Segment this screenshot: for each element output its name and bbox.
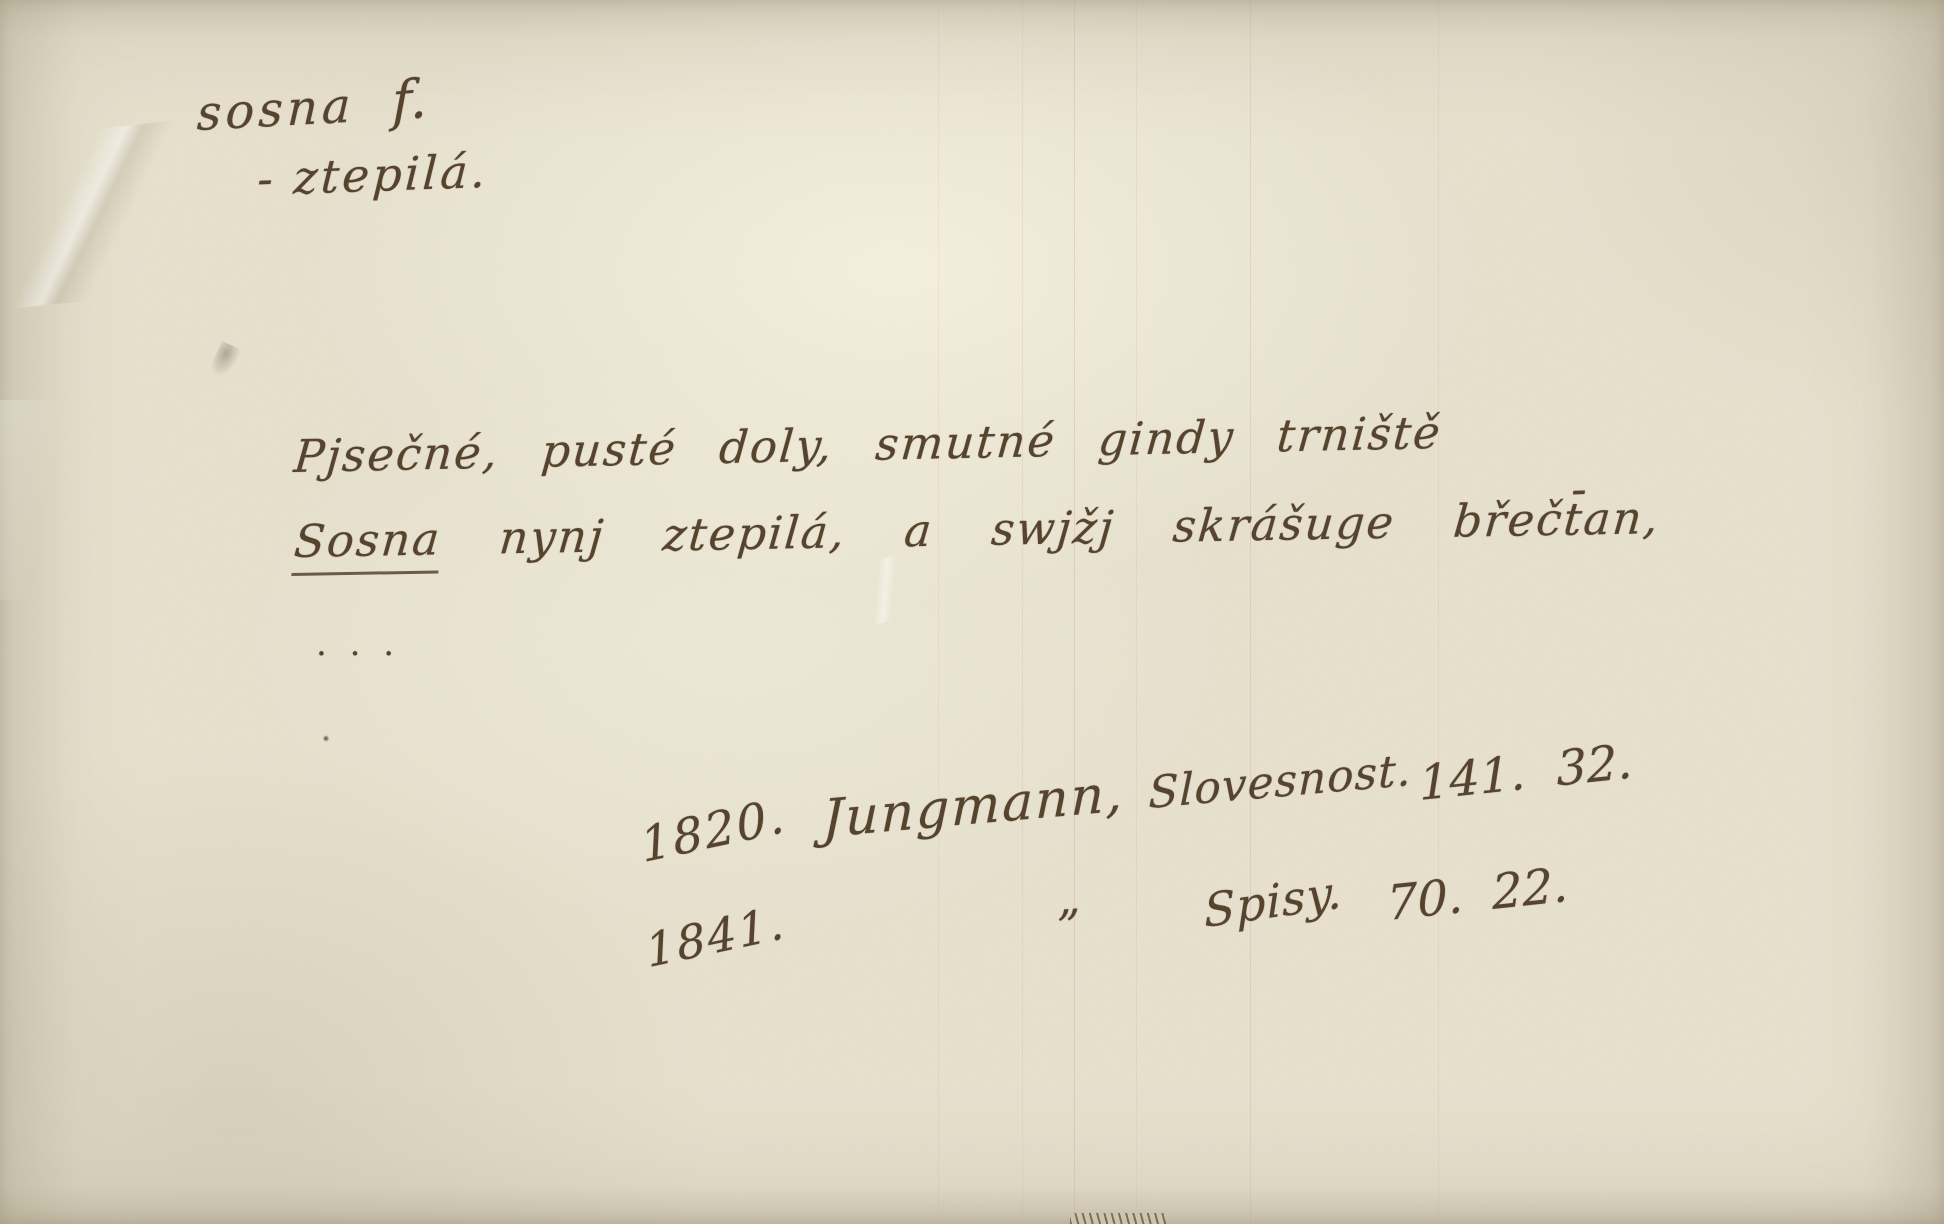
subentry: - ztepilá.	[256, 144, 490, 206]
citation-1-year: 1820.	[637, 788, 789, 874]
quote-line-2: Sosna nynj ztepilá, a swjžj skrášuge bře…	[292, 491, 1662, 568]
paper-crease	[0, 400, 130, 600]
ruling-line	[1022, 0, 1023, 1224]
headword: sosna	[196, 78, 355, 142]
ruling-line	[1250, 0, 1251, 1224]
quote-line-1: Pjsečné, pusté doly, smutné gindy trništ…	[292, 406, 1444, 483]
citation-1-author: Jungmann,	[822, 763, 1125, 850]
citation-1-locus: 141. 32.	[1418, 733, 1633, 812]
ink-smudge	[208, 341, 242, 381]
quote-line-2-rest: nynj ztepilá, a swjžj skrášuge břečtan,	[439, 491, 1662, 565]
citation-2-work: Spisy.	[1203, 864, 1343, 938]
ruling-line	[1074, 0, 1075, 1224]
citation-2-author-ditto: „	[1054, 870, 1082, 926]
ink-dot	[323, 735, 329, 742]
citation-1-work: Slovesnost.	[1148, 745, 1412, 819]
quote-ellipsis: . . .	[316, 624, 394, 664]
citation-2-locus: 70. 22.	[1386, 857, 1569, 932]
citation-2-year: 1841.	[642, 895, 788, 978]
gender-label: f.	[392, 67, 427, 133]
next-card-edge-hatch	[1070, 1213, 1166, 1224]
paper-crease	[0, 118, 218, 312]
ruling-line	[1438, 0, 1439, 1224]
ruling-line	[938, 0, 939, 1224]
paper-crease	[832, 546, 937, 633]
excerpt-card: sosna f. - ztepilá. Pjsečné, pusté doly,…	[0, 0, 1944, 1224]
ruling-line	[1136, 0, 1137, 1224]
quote-word-sosna-underlined: Sosna	[291, 512, 443, 576]
